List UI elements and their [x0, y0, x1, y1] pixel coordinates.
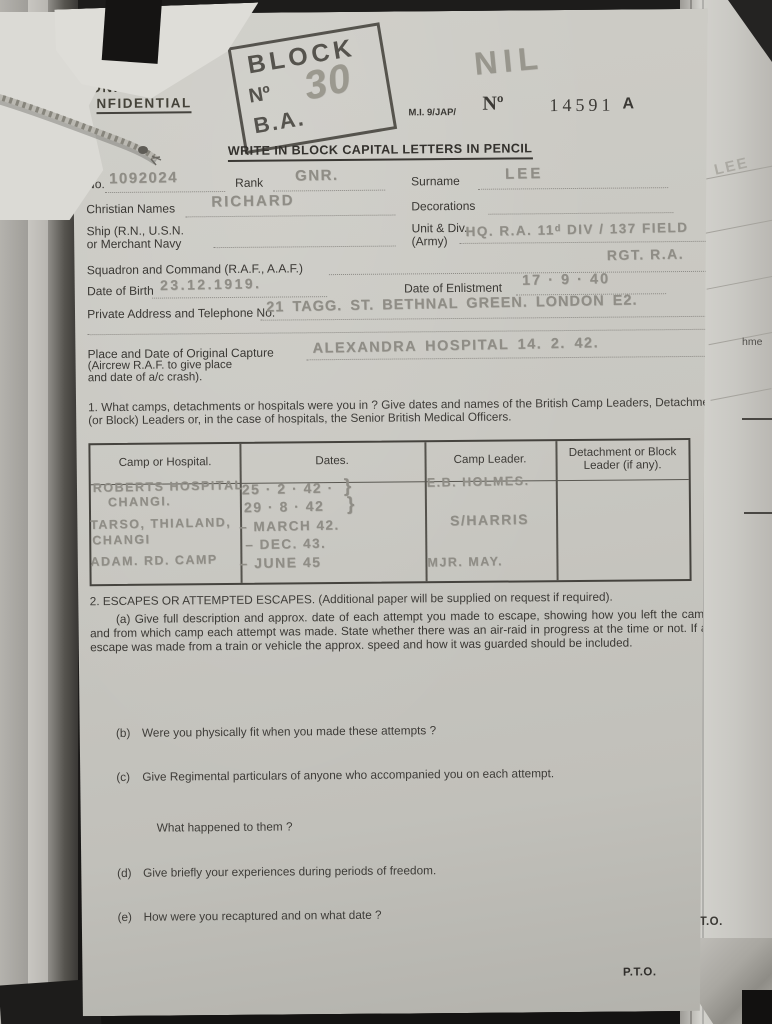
ruled-line	[710, 388, 771, 401]
field-ship-label-line2: or Merchant Navy	[87, 236, 182, 251]
dotted-line	[478, 186, 668, 190]
table-header-leader: Camp Leader.	[424, 452, 555, 466]
serial-number: 14591	[549, 95, 614, 117]
table-camp-entry: TARSO, THIALAND,	[90, 515, 231, 532]
field-enlistment-value: 17 · 9 · 40	[522, 271, 610, 289]
pto-note: P.T.O.	[623, 966, 657, 978]
item-b-label: (b)	[116, 726, 131, 740]
item-c-followup: What happened to them ?	[157, 819, 293, 834]
shadow-corner	[742, 990, 772, 1024]
nil-annotation: NIL	[472, 39, 545, 82]
block-stamp-no: Nº	[247, 82, 272, 108]
item-c-label: (c)	[116, 770, 130, 784]
field-unit-label-line2: (Army)	[412, 234, 448, 248]
binding-string	[0, 76, 200, 176]
field-surname-value: LEE	[505, 165, 544, 183]
field-capture-note2: and date of a/c crash).	[88, 371, 203, 384]
ruled-line	[707, 275, 772, 289]
table-edge-line	[744, 512, 772, 514]
serial-suffix: A	[622, 95, 634, 113]
field-enlistment-label: Date of Enlistment	[404, 281, 502, 296]
dotted-line	[214, 245, 396, 249]
field-unit-value-line2: RGT. R.A.	[607, 246, 685, 263]
block-stamp-ba: B.A.	[252, 105, 308, 139]
table-camp-entry: ROBERTS HOSPITAL	[93, 478, 244, 495]
section2-item-a: (a) Give full description and approx. da…	[90, 608, 714, 655]
item-d-text: Give briefly your experiences during per…	[143, 863, 436, 880]
field-dob-label: Date of Birth	[87, 284, 154, 299]
field-squadron-label: Squadron and Command (R.A.F., A.A.F.)	[87, 261, 303, 277]
field-surname-label: Surname	[411, 174, 460, 188]
form-instruction: WRITE IN BLOCK CAPITAL LETTERS IN PENCIL	[228, 141, 533, 162]
field-dob-value: 23.12.1919.	[160, 275, 262, 293]
item-e-label: (e)	[117, 910, 132, 924]
field-unit-value-line1: HQ. R.A. 11ᵈ DIV / 137 FIELD	[465, 220, 688, 239]
table-date-entry: – JUNE 45	[239, 554, 321, 572]
dotted-line	[260, 315, 708, 321]
table-camp-entry: CHANGI.	[108, 494, 172, 509]
table-header-detachment: Detachment or Block Leader (if any).	[560, 445, 684, 472]
field-christian-names-label: Christian Names	[86, 201, 175, 216]
item-b-text: Were you physically fit when you made th…	[142, 723, 436, 740]
scanned-document-scene: LEE hme .T.O. ONFIDEN NFIDENTIAL BLOCK N…	[0, 0, 772, 1024]
field-rank-label: Rank	[235, 176, 263, 190]
dotted-line	[87, 328, 707, 335]
field-christian-names-value: RICHARD	[211, 192, 294, 211]
item-c-text: Give Regimental particulars of anyone wh…	[142, 766, 554, 784]
field-rank-value: GNR.	[295, 167, 339, 185]
table-camp-entry: ADAM. RD. CAMP	[90, 552, 217, 568]
binding-strap	[102, 0, 163, 64]
field-address-label: Private Address and Telephone No.	[87, 306, 275, 322]
field-capture-value: ALEXANDRA HOSPITAL 14. 2. 42.	[312, 335, 599, 356]
table-leader-entry: S/HARRIS	[450, 511, 529, 529]
table-divider	[555, 441, 558, 580]
dotted-line	[185, 214, 395, 218]
table-date-entry: – MARCH 42.	[239, 518, 340, 535]
dotted-line	[460, 240, 706, 244]
table-date-entry: 29 · 8 · 42	[244, 498, 325, 516]
table-brace: }	[347, 494, 356, 516]
serial-prefix: M.I. 9/JAP/	[408, 107, 456, 118]
adjacent-page-text-fragment: hme	[742, 336, 762, 348]
ruled-line	[709, 332, 772, 346]
table-date-entry: 25 · 2 · 42 ·	[242, 480, 334, 498]
table-leader-entry: MJR. MAY.	[427, 554, 503, 569]
section2-heading: 2. ESCAPES OR ATTEMPTED ESCAPES. (Additi…	[90, 590, 613, 609]
adjacent-page-pencil-name: LEE	[713, 154, 751, 178]
dotted-line	[329, 270, 706, 275]
dotted-line	[488, 211, 673, 215]
table-camp-entry: CHANGI	[92, 532, 151, 547]
field-decorations-label: Decorations	[411, 199, 475, 214]
dotted-line	[105, 190, 225, 193]
question1-line2: (or Block) Leaders or, in the case of ho…	[88, 410, 511, 428]
serial-no-label: Nº	[482, 93, 503, 116]
field-capture-note1: (Aircrew R.A.F. to give place	[88, 359, 233, 372]
table-leader-entry: E.B. HOLMES.	[427, 474, 530, 490]
table-header-camp: Camp or Hospital.	[91, 455, 240, 469]
table-date-entry: – DEC. 43.	[245, 536, 326, 553]
ruled-line	[705, 219, 772, 234]
table-edge-line	[742, 418, 772, 420]
item-e-text: How were you recaptured and on what date…	[143, 908, 381, 924]
item-d-label: (d)	[117, 866, 132, 880]
table-header-dates: Dates.	[240, 453, 425, 468]
